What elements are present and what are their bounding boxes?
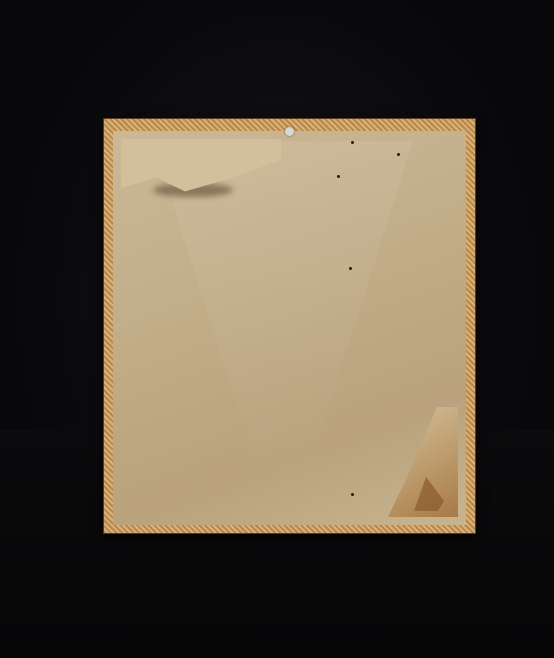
paper-backing [113,131,466,525]
nail-hole [351,141,354,144]
nail-hole [337,175,340,178]
picture-frame [103,118,476,534]
hanging-nail [285,127,294,136]
nail-hole [349,267,352,270]
nail-hole [397,153,400,156]
nail-hole [351,493,354,496]
